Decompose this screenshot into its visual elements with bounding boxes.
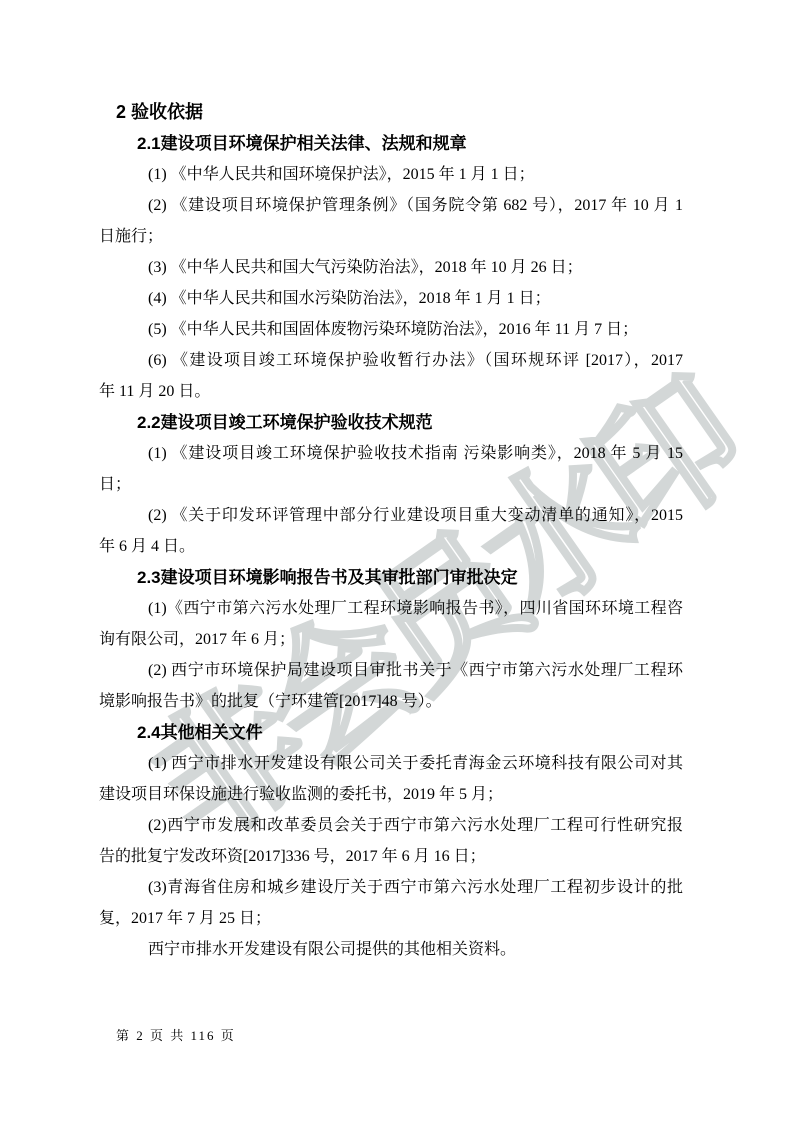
section-heading-2-2: 2.2建设项目竣工环境保护验收技术规范: [99, 407, 683, 438]
text-line: 日；: [99, 469, 683, 500]
text-line: (2)西宁市发展和改革委员会关于西宁市第六污水处理厂工程可行性研究报: [99, 810, 683, 841]
text-line: (6) 《建设项目竣工环境保护验收暂行办法》（国环规环评 [2017），2017: [99, 345, 683, 376]
text-line: 告的批复宁发改环资[2017]336 号，2017 年 6 月 16 日；: [99, 841, 683, 872]
section-heading-2-1: 2.1建设项目环境保护相关法律、法规和规章: [99, 128, 683, 159]
text-line: 西宁市排水开发建设有限公司提供的其他相关资料。: [99, 934, 683, 965]
text-line: (2) 《建设项目环境保护管理条例》（国务院令第 682 号），2017 年 1…: [99, 190, 683, 221]
text-line: (3) 《中华人民共和国大气污染防治法》，2018 年 10 月 26 日；: [99, 252, 683, 283]
text-line: (1)《西宁市第六污水处理厂工程环境影响报告书》，四川省国环环境工程咨: [99, 593, 683, 624]
text-line: 境影响报告书》的批复（宁环建管[2017]48 号）。: [99, 686, 683, 717]
text-line: 复，2017 年 7 月 25 日；: [99, 903, 683, 934]
text-line: (2) 《关于印发环评管理中部分行业建设项目重大变动清单的通知》，2015: [99, 500, 683, 531]
text-line: (5) 《中华人民共和国固体废物污染环境防治法》，2016 年 11 月 7 日…: [99, 314, 683, 345]
text-line: 日施行；: [99, 221, 683, 252]
text-line: (3)青海省住房和城乡建设厅关于西宁市第六污水处理厂工程初步设计的批: [99, 872, 683, 903]
text-line: (4) 《中华人民共和国水污染防治法》，2018 年 1 月 1 日；: [99, 283, 683, 314]
text-line: (1) 《中华人民共和国环境保护法》，2015 年 1 月 1 日；: [99, 159, 683, 190]
section-heading-2-3: 2.3建设项目环境影响报告书及其审批部门审批决定: [99, 562, 683, 593]
page-footer: 第 2 页 共 116 页: [116, 1028, 236, 1044]
text-line: 年 11 月 20 日。: [99, 376, 683, 407]
text-line: (1) 《建设项目竣工环境保护验收技术指南 污染影响类》，2018 年 5 月 …: [99, 438, 683, 469]
text-line: 建设项目环保设施进行验收监测的委托书，2019 年 5 月；: [99, 779, 683, 810]
document-content: 2 验收依据 2.1建设项目环境保护相关法律、法规和规章 (1) 《中华人民共和…: [99, 97, 683, 965]
text-line: 询有限公司，2017 年 6 月；: [99, 624, 683, 655]
document-page: 非会员水印 2 验收依据 2.1建设项目环境保护相关法律、法规和规章 (1) 《…: [0, 0, 793, 1122]
section-heading-2-4: 2.4其他相关文件: [99, 717, 683, 748]
text-line: (1) 西宁市排水开发建设有限公司关于委托青海金云环境科技有限公司对其: [99, 748, 683, 779]
text-line: 年 6 月 4 日。: [99, 531, 683, 562]
document-title: 2 验收依据: [99, 97, 683, 128]
text-line: (2) 西宁市环境保护局建设项目审批书关于《西宁市第六污水处理厂工程环: [99, 655, 683, 686]
